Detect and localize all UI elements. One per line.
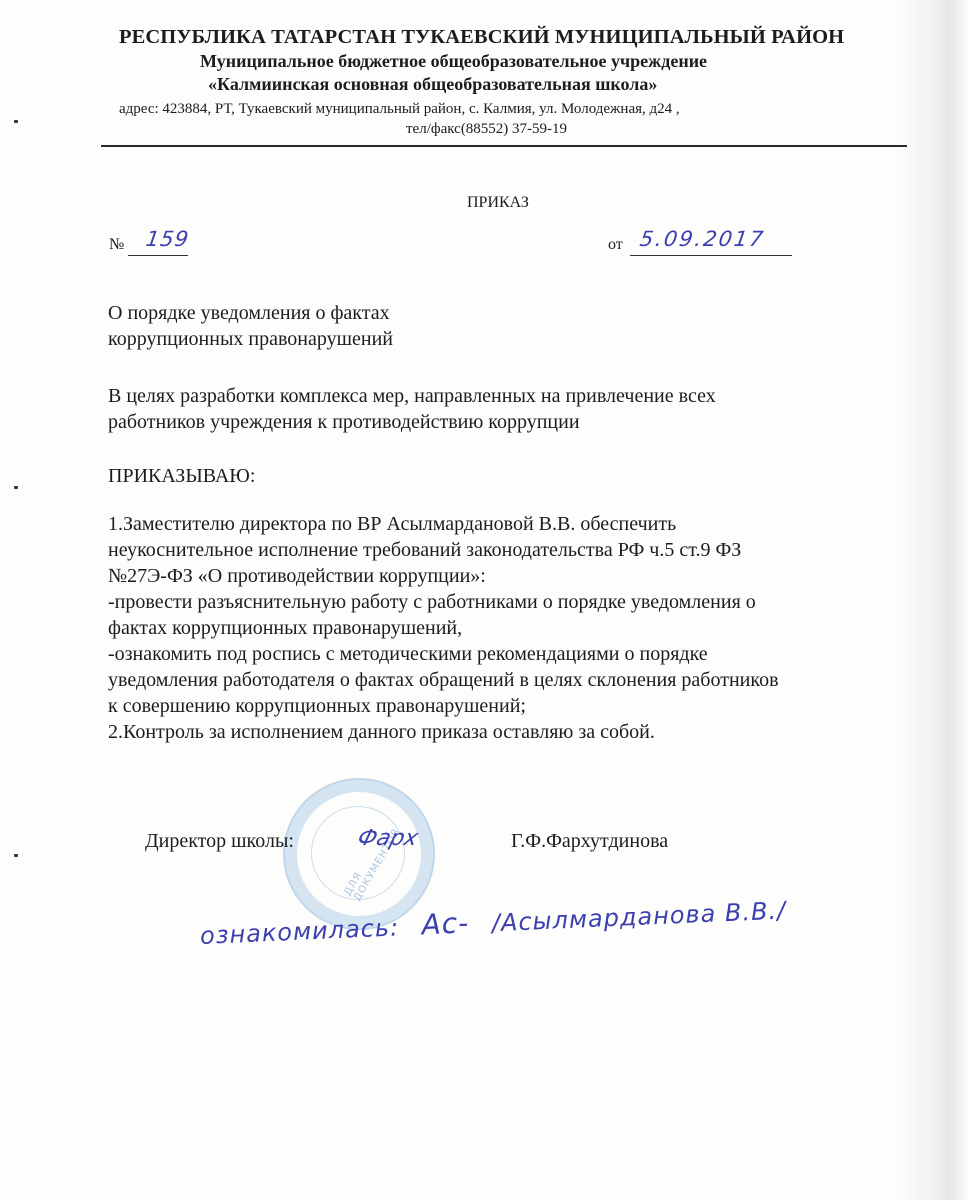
order-item-line: фактах коррупционных правонарушений,: [108, 615, 779, 641]
order-item-line: уведомления работодателя о фактах обраще…: [108, 667, 779, 693]
order-item-line: 1.Заместителю директора по ВР Асылмардан…: [108, 511, 779, 537]
order-items: 1.Заместителю директора по ВР Асылмардан…: [108, 511, 779, 745]
director-handwritten-signature: Фарх: [355, 826, 421, 851]
acknowledgement-name: /Асылмарданова В.В./: [491, 896, 786, 937]
order-item-line: -ознакомить под роспись с методическими …: [108, 641, 779, 667]
order-item-line: -провести разъяснительную работу с работ…: [108, 589, 779, 615]
letterhead-phone: тел/факс(88552) 37-59-19: [406, 121, 567, 138]
letterhead-school-name: «Калмиинская основная общеобразовательна…: [208, 74, 657, 95]
order-number-value: 159: [144, 227, 190, 251]
letterhead-address: адрес: 423884, РТ, Тукаевский муниципаль…: [119, 101, 680, 118]
order-number-label: №: [109, 236, 124, 254]
scan-edge-shading: [897, 0, 967, 1200]
director-name: Г.Ф.Фархутдинова: [511, 830, 668, 853]
preamble-line: В целях разработки комплекса мер, направ…: [108, 383, 716, 409]
director-role-label: Директор школы:: [145, 830, 294, 853]
order-item-line: неукоснительное исполнение требований за…: [108, 537, 779, 563]
order-subject: О порядке уведомления о фактах коррупцио…: [108, 300, 393, 352]
subject-line: О порядке уведомления о фактах: [108, 300, 393, 326]
order-item-line: №27Э-ФЗ «О противодействии коррупции»:: [108, 563, 779, 589]
scan-speck: [14, 120, 18, 123]
order-item-line: к совершению коррупционных правонарушени…: [108, 693, 779, 719]
acknowledgement-handwritten: ознакомилась: Ас- /Асылмарданова В.В./: [199, 892, 786, 951]
letterhead-region: РЕСПУБЛИКА ТАТАРСТАН ТУКАЕВСКИЙ МУНИЦИПА…: [119, 26, 844, 49]
order-item-line: 2.Контроль за исполнением данного приказ…: [108, 719, 779, 745]
order-date-value: 5.09.2017: [638, 227, 766, 251]
letterhead-divider: [101, 145, 907, 147]
document-title: ПРИКАЗ: [467, 194, 529, 212]
scan-speck: [14, 486, 18, 489]
subject-line: коррупционных правонарушений: [108, 326, 393, 352]
order-directive-word: ПРИКАЗЫВАЮ:: [108, 465, 255, 488]
letterhead-institution-type: Муниципальное бюджетное общеобразователь…: [200, 51, 707, 72]
order-date-label: от: [608, 236, 623, 254]
order-preamble: В целях разработки комплекса мер, направ…: [108, 383, 716, 435]
preamble-line: работников учреждения к противодействию …: [108, 409, 716, 435]
official-stamp: ДЛЯ ДОКУМЕНТОВ: [283, 778, 435, 930]
acknowledgement-prefix: ознакомилась:: [199, 913, 399, 950]
acknowledgement-signature: Ас-: [421, 906, 470, 941]
scan-speck: [14, 854, 18, 857]
